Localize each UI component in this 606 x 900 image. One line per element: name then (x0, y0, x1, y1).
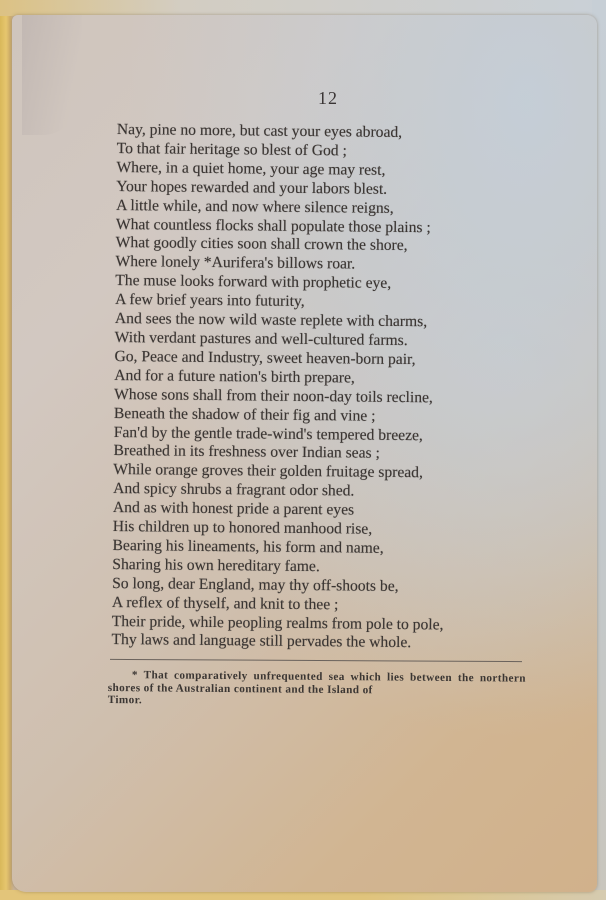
page-number: 12 (318, 88, 338, 109)
background-top-edge (0, 0, 606, 16)
footnote: * That comparatively unfrequented sea wh… (108, 669, 526, 710)
poem-text: Nay, pine no more, but cast your eyes ab… (111, 121, 537, 655)
footnote-text: * That comparatively unfrequented sea wh… (108, 669, 526, 696)
page-fold-shadow (22, 15, 82, 135)
